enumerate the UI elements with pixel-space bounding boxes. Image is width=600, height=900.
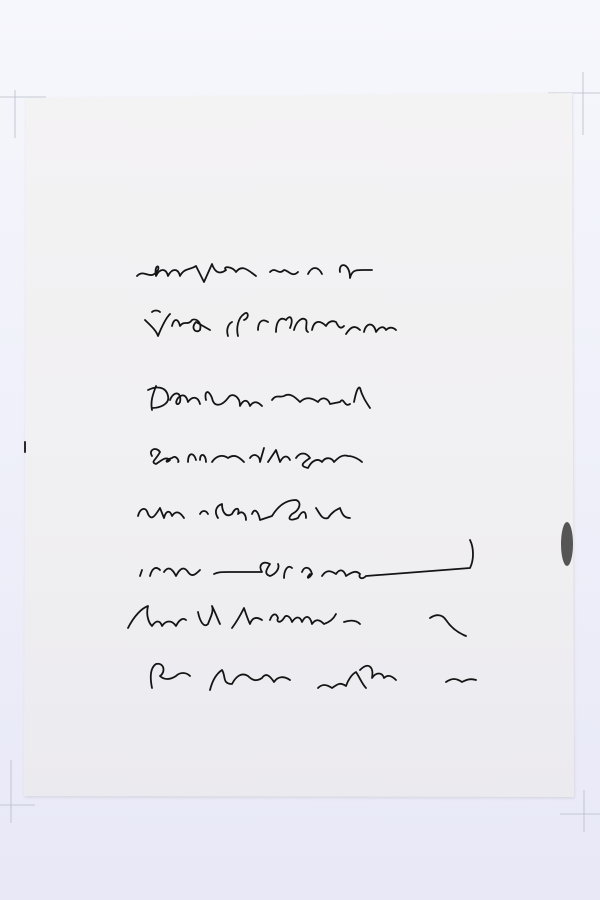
artwork-photo	[0, 0, 600, 900]
ink-smudge-right-edge	[561, 522, 573, 566]
ink-dot-left-edge	[24, 441, 26, 453]
paper-sheet	[24, 93, 574, 797]
